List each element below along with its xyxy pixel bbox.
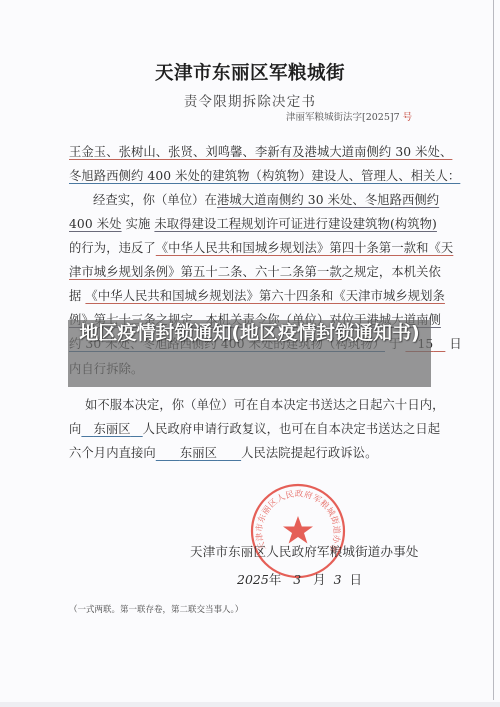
law-basis-text: 之规定，本机关依 (342, 265, 441, 279)
official-seal-icon: 天津市东丽区人民政府军粮城街道办事处 (250, 483, 346, 579)
review-district: 东丽区 (81, 422, 142, 436)
date-month: 3 (293, 572, 301, 587)
body-line-law-2: 津市城乡规划条例》第五十二条、六十二条第一款之规定，本机关依 (69, 264, 431, 280)
law-intro: 的行为，违反了 (69, 241, 156, 255)
body-line-law-3: 据 《中华人民共和国城乡规划法》第六十四条和《天津市城乡规划条 (69, 288, 431, 304)
review-district-value: 东丽区 (93, 422, 130, 436)
deadline-unit: 日 (449, 337, 461, 351)
appeal-prefix: 向 (69, 422, 81, 436)
litigation-text: 人民法院提起行政诉讼。 (241, 446, 377, 460)
violation-fill: 未取得建设工程规划许可证进行建设建筑物(构筑物) (154, 217, 437, 231)
document-type-title: 责令限期拆除决定书 (0, 90, 500, 110)
location-fill: 港城大道南侧约 30 米处、冬旭路西侧约 (217, 193, 439, 207)
document-number-suffix: 号 (403, 112, 413, 123)
appeal-text-2: 人民政府申请行政复议，也可在自本决定书送达之日起 (143, 422, 441, 436)
document-number: 津丽军粮城街法字[2025]7 号 (286, 109, 412, 123)
issuer-header: 天津市东丽区军粮城街 (0, 59, 500, 85)
date-year: 2025 (237, 572, 269, 587)
court-district-value: 东丽区 (180, 446, 217, 460)
date-year-unit: 年 (269, 572, 282, 587)
court-district: 东丽区 (156, 446, 241, 460)
litigation-prefix: 六个月内直接向 (69, 446, 156, 460)
date-day-unit: 日 (350, 572, 363, 587)
page-bottom-edge (0, 702, 500, 707)
action-label: 实施 (126, 217, 151, 231)
addressees-part-1: 王金玉、张树山、张贤、刘鸣馨、李新有及港城大道南侧约 30 米处、 (69, 145, 452, 159)
appeal-text-1: 如不服本决定，你（单位）可在自本决定书送达之日起六十日内， (85, 398, 445, 412)
location-fill-cont: 400 米处 (69, 217, 122, 231)
caption-overlay-text: 地区疫情封锁通知(地区疫情封锁通知书) (68, 322, 431, 344)
document-page: 天津市东丽区军粮城街 责令限期拆除决定书 津丽军粮城街法字[2025]7 号 王… (0, 0, 500, 707)
law-reference-1: 《中华人民共和国城乡规划法》第四十条第一款和《天 (156, 241, 454, 255)
signature-date: 2025年 3 月 3 日 (237, 570, 362, 588)
body-line-appeal-3: 六个月内直接向 东丽区 人民法院提起行政诉讼。 (69, 445, 431, 461)
findings-intro: 经查实，你（单位）在 (93, 193, 217, 207)
document-number-value: 津丽军粮城街法字[2025]7 (286, 112, 400, 123)
body-line-addressees-2: 冬旭路西侧约 400 米处的建筑物（构筑物）建设人、管理人、相关人： (69, 168, 431, 184)
body-line-findings-2: 400 米处 实施 未取得建设工程规划许可证进行建设建筑物(构筑物) (69, 216, 431, 232)
addressees-part-2: 冬旭路西侧约 400 米处的建筑物（构筑物）建设人、管理人、相关人： (69, 169, 460, 183)
law-reference-3: 《中华人民共和国城乡规划法》第六十四条和《天津市城乡规划条 (85, 289, 445, 303)
copies-footnote: （一式两联。第一联存卷，第二联交当事人。） (69, 603, 243, 615)
date-month-unit: 月 (313, 572, 326, 587)
body-line-findings-1: 经查实，你（单位）在港城大道南侧约 30 米处、冬旭路西侧约 (93, 192, 431, 208)
signing-authority: 天津市东丽区人民政府军粮城街道办事处 (190, 542, 419, 560)
date-day: 3 (334, 572, 342, 587)
law-basis-prefix: 据 (69, 289, 81, 303)
law-reference-2: 津市城乡规划条例》第五十二条、六十二条第一款 (69, 265, 342, 279)
body-line-appeal-2: 向 东丽区 人民政府申请行政复议，也可在自本决定书送达之日起 (69, 421, 431, 437)
body-line-law-1: 的行为，违反了《中华人民共和国城乡规划法》第四十条第一款和《天 (69, 240, 431, 256)
body-line-appeal-1: 如不服本决定，你（单位）可在自本决定书送达之日起六十日内， (85, 397, 431, 413)
body-line-addressees-1: 王金玉、张树山、张贤、刘鸣馨、李新有及港城大道南侧约 30 米处、 (69, 144, 431, 160)
